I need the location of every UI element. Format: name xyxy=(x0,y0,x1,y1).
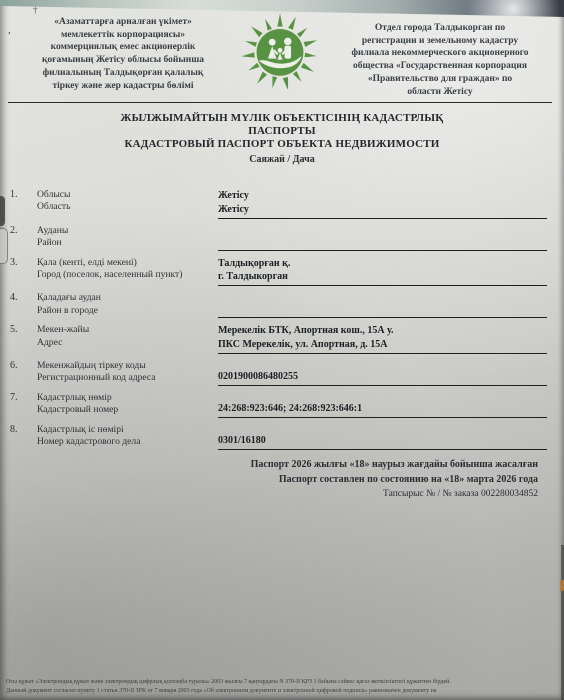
logo-container xyxy=(234,10,326,98)
document-title: ЖЫЛЖЫМАЙТЫН МҮЛІК ОБЪЕКТІСІНІҢ КАДАСТРЛЫ… xyxy=(0,112,564,152)
field-number: 6. xyxy=(10,360,37,386)
field-number: 8. xyxy=(10,424,37,450)
letterhead-line: тіркеу және жер кадастры бөлімі xyxy=(12,80,234,93)
field-value: 24:268:923:646; 24:268:923:646:1 xyxy=(218,392,547,418)
field-value: 0201900086480255 xyxy=(218,360,547,386)
title-line-kk: ЖЫЛЖЫМАЙТЫН МҮЛІК ОБЪЕКТІСІНІҢ КАДАСТРЛЫ… xyxy=(0,112,564,125)
legal-footnote-ru: Данный документ согласно пункту 1 статьи… xyxy=(6,687,560,695)
field-row-address: 5. Мекен-жайы Адрес Мерекелік БТК, Апорт… xyxy=(10,324,547,354)
field-row-oblast: 1. Облысы Область Жетісу Жетісу xyxy=(10,189,547,219)
header-divider xyxy=(8,102,552,103)
issue-date-kk: Паспорт 2026 жылғы «18» наурыз жағдайы б… xyxy=(251,459,538,470)
field-row-cadastral-number: 7. Кадастрлық нөмір Кадастровый номер 24… xyxy=(10,392,547,418)
field-row-city: 3. Қала (кенті, елді мекені) Город (посе… xyxy=(10,257,547,287)
field-label: Кадастрлық нөмір Кадастровый номер xyxy=(37,392,218,418)
letterhead-line: «Азаматтарға арналған үкімет» xyxy=(12,16,234,29)
letterhead-line: регистрации и земельному кадастру xyxy=(326,35,554,48)
field-value: Мерекелік БТК, Апортная кош., 15А у. ПКС… xyxy=(218,324,547,354)
object-type-subtitle: Саяжай / Дача xyxy=(0,154,564,165)
issue-date-block: Паспорт 2026 жылғы «18» наурыз жағдайы б… xyxy=(251,459,538,499)
field-row-district: 2. Ауданы Район xyxy=(10,225,547,251)
letterhead-line: қоғамының Жетісу облысы бойынша xyxy=(12,54,234,67)
cadastral-passport-page: † , «Азаматтарға арналған үкімет» мемлек… xyxy=(0,0,564,700)
letterhead-line: коммерциялық емес акционерлік xyxy=(12,41,234,54)
title-line-ru: КАДАСТРОВЫЙ ПАСПОРТ ОБЪЕКТА НЕДВИЖИМОСТИ xyxy=(0,138,564,151)
field-label: Қаладағы аудан Район в городе xyxy=(37,292,218,318)
field-label: Қала (кенті, елді мекені) Город (поселок… xyxy=(37,257,218,287)
title-line-kk: ПАСПОРТЫ xyxy=(0,125,564,138)
letterhead-line: Отдел города Талдыкорган по xyxy=(326,22,554,35)
photo-artifact-clip xyxy=(0,228,8,264)
letterhead-line: мемлекеттік корпорациясы» xyxy=(12,29,234,42)
field-label: Мекенжайдың тіркеу коды Регистрационный … xyxy=(37,360,218,386)
scanned-document-photo: † , «Азаматтарға арналған үкімет» мемлек… xyxy=(0,0,564,700)
field-value xyxy=(218,225,547,251)
letterhead-line: области Жетісу xyxy=(326,86,554,99)
field-label: Мекен-жайы Адрес xyxy=(37,324,218,354)
issuing-office-russian: Отдел города Талдыкорган по регистрации … xyxy=(326,10,554,98)
field-value: Талдықорған қ. г. Талдыкорган xyxy=(218,257,547,287)
field-number: 2. xyxy=(10,225,37,251)
letterhead-line: «Правительство для граждан» по xyxy=(326,73,554,86)
order-number: Тапсырыс № / № заказа 002280034852 xyxy=(251,489,538,499)
issue-date-ru: Паспорт составлен по состоянию на «18» м… xyxy=(251,474,538,485)
field-label: Ауданы Район xyxy=(37,225,218,251)
field-number: 4. xyxy=(10,292,37,318)
government-for-citizens-logo xyxy=(241,11,319,89)
letterhead: «Азаматтарға арналған үкімет» мемлекетті… xyxy=(12,10,554,98)
field-value: Жетісу Жетісу xyxy=(218,189,547,219)
stray-ink-mark: , xyxy=(8,24,11,36)
field-number: 5. xyxy=(10,324,37,354)
letterhead-line: филиала некоммерческого акционерного xyxy=(326,47,554,60)
field-number: 7. xyxy=(10,392,37,418)
field-value: 0301/16180 xyxy=(218,424,547,450)
field-label: Кадастрлық іс нөмірі Номер кадастрового … xyxy=(37,424,218,450)
field-number: 1. xyxy=(10,189,37,219)
field-number: 3. xyxy=(10,257,37,287)
photo-artifact-left xyxy=(0,196,5,226)
field-label: Облысы Область xyxy=(37,189,218,219)
field-row-city-district: 4. Қаладағы аудан Район в городе xyxy=(10,292,547,318)
legal-footnote-kk: Осы құжат «Электрондық құжат және электр… xyxy=(6,678,560,686)
field-row-address-code: 6. Мекенжайдың тіркеу коды Регистрационн… xyxy=(10,360,547,386)
cadastral-fields-list: 1. Облысы Область Жетісу Жетісу 2. Аудан… xyxy=(10,189,547,456)
issuing-office-kazakh: «Азаматтарға арналған үкімет» мемлекетті… xyxy=(12,10,234,98)
field-value xyxy=(218,292,547,318)
field-row-case-number: 8. Кадастрлық іс нөмірі Номер кадастрово… xyxy=(10,424,547,450)
legal-footnote: Осы құжат «Электрондық құжат және электр… xyxy=(6,678,560,695)
letterhead-line: общества «Государственная корпорация xyxy=(326,60,554,73)
letterhead-line: филиалының Талдықорған қалалық xyxy=(12,67,234,80)
photo-artifact-tan-mark xyxy=(560,580,564,591)
